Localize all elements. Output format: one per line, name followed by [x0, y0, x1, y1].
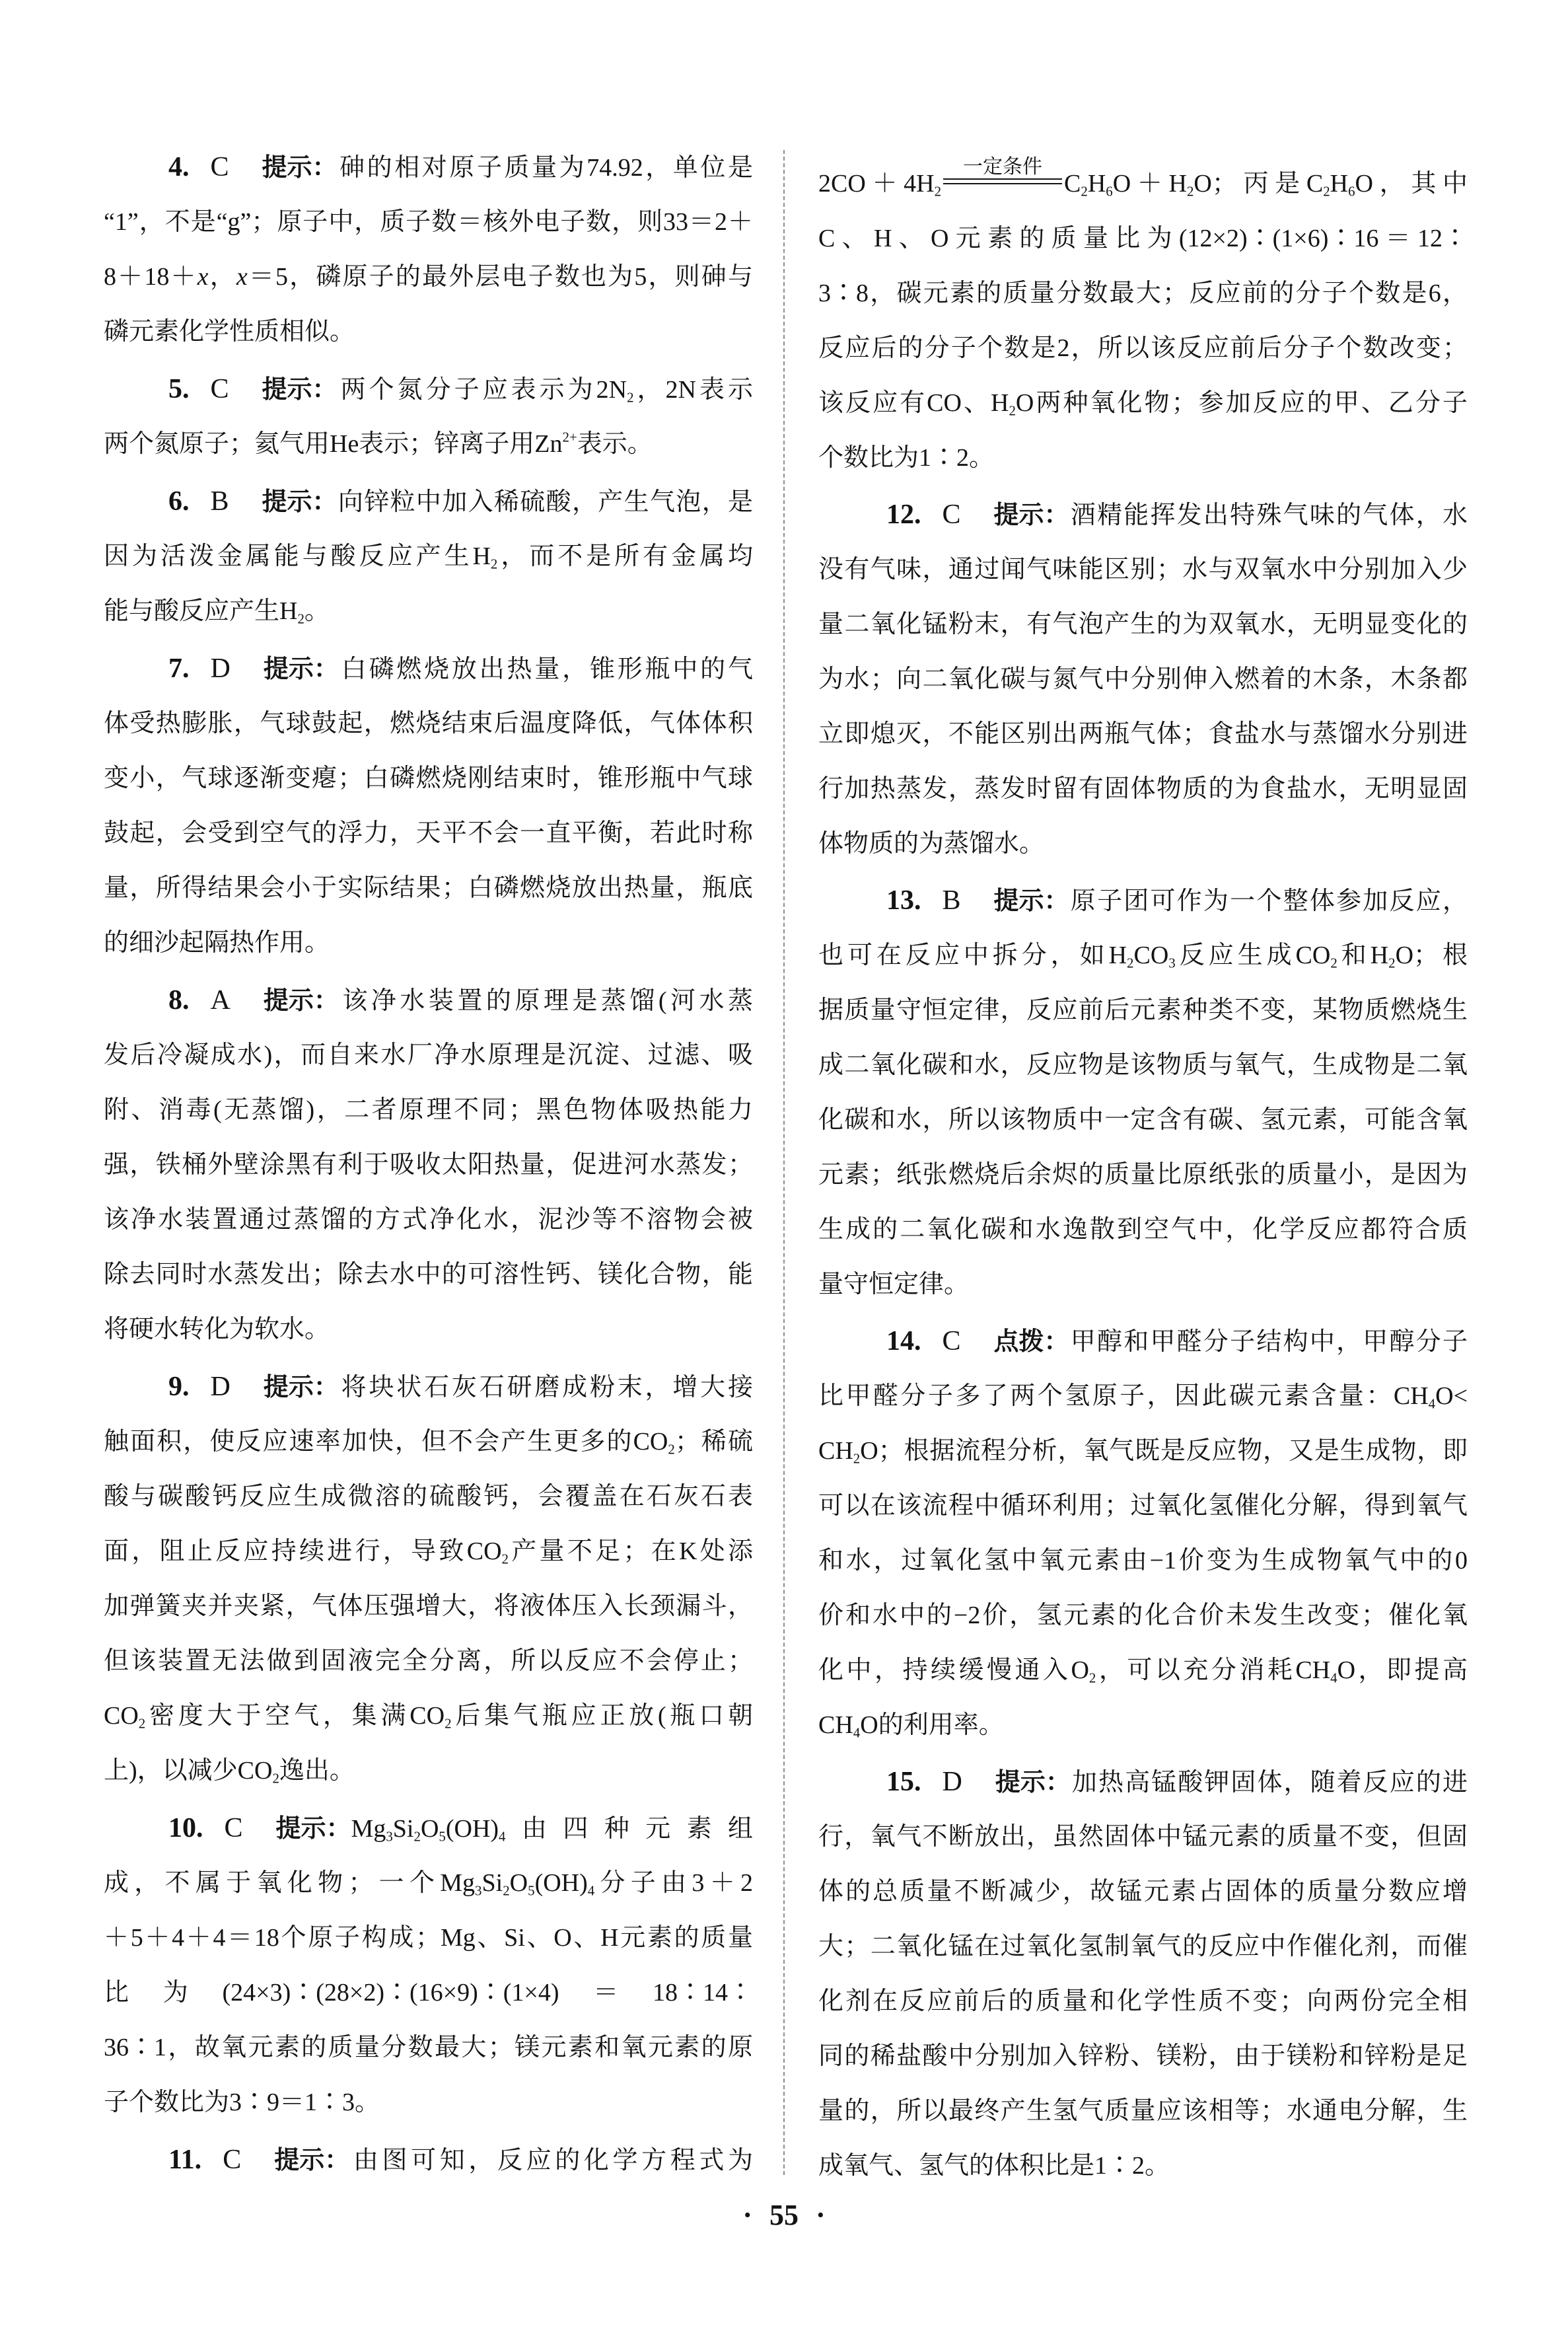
text-line: 除去同时水蒸发出；除去水中的可溶性钙、镁化合物，能	[104, 1247, 753, 1302]
text-line: 变小，气球逐渐变瘪；白磷燃烧刚结束时，锥形瓶中气球	[104, 751, 753, 806]
text-line: 发后冷凝成水)，而自来水厂净水原理是沉淀、过滤、吸	[104, 1028, 753, 1083]
answer-letter: C	[223, 2133, 241, 2188]
hint-label: 提示：	[994, 874, 1069, 929]
subscript: 4	[1429, 1396, 1435, 1412]
text-line: 立即熄灭，不能区别出两瓶气体；食盐水与蒸馏水分别进	[818, 707, 1468, 762]
text-line: 大；二氧化锰在过氧化氢制氧气的反应中作催化剂，而催	[818, 1919, 1468, 1974]
text-line: 子个数比为3∶9＝1∶3。	[104, 2075, 753, 2130]
text-line: 化剂在反应前后的质量和化学性质不变；向两份完全相	[818, 1974, 1468, 2029]
item-number: 8.	[168, 973, 190, 1028]
subscript: 4	[588, 1883, 594, 1899]
text-line: CH2O；根据流程分析，氧气既是反应物，又是生成物，即	[818, 1424, 1468, 1479]
subscript: 2	[297, 611, 304, 627]
item-number: 9.	[168, 1360, 190, 1415]
subscript: 2	[272, 1771, 279, 1787]
text-line: 能与酸反应产生H2。	[104, 584, 753, 639]
text-line: 但该装置无法做到固液完全分离，所以反应不会停止；	[104, 1634, 753, 1689]
subscript: 2	[1009, 403, 1015, 419]
subscript: 6	[1348, 184, 1355, 200]
text-line: 可以在该流程中循环利用；过氧化氢催化分解，得到氧气	[818, 1479, 1468, 1533]
subscript: 3	[1168, 955, 1175, 971]
text-line: 量守恒定律。	[818, 1257, 1468, 1312]
text-line: 量的，所以最终产生氢气质量应该相等；水通电分解，生	[818, 2084, 1468, 2139]
text-line: 两个氮原子；氦气用He表示；锌离子用Zn2+表示。	[104, 417, 753, 472]
item-number: 4.	[168, 140, 190, 195]
answer-item-6: 6.B提示：向锌粒中加入稀硫酸，产生气泡，是因为活泼金属能与酸反应产生H2，而不…	[104, 474, 753, 639]
item-number: 12.	[886, 488, 921, 542]
text-line: 3∶8，碳元素的质量分数最大；反应前的分子个数是6，	[818, 266, 1468, 321]
answer-item-11: 11.C提示：由图可知，反应的化学方程式为	[104, 2133, 753, 2188]
text-line: 为水；向二氧化碳与氮气中分别伸入燃着的木条，木条都	[818, 652, 1468, 707]
text-line: CH4O的利用率。	[818, 1698, 1468, 1753]
item-number: 10.	[168, 1801, 203, 1856]
subscript: 2	[1081, 184, 1087, 200]
item-number: 7.	[168, 642, 190, 696]
text-line: 的细沙起隔热作用。	[104, 916, 753, 971]
text-line: 8.A提示：该净水装置的原理是蒸馏(河水蒸	[104, 973, 753, 1028]
text-line: 据质量守恒定律，反应前后元素种类不变，某物质燃烧生	[818, 983, 1468, 1038]
answer-item-7: 7.D提示：白磷燃烧放出热量，锥形瓶中的气体受热膨胀，气球鼓起，燃烧结束后温度降…	[104, 642, 753, 971]
subscript: 2	[502, 1551, 509, 1567]
text-line: CO2密度大于空气，集满CO2后集气瓶应正放(瓶口朝	[104, 1689, 753, 1744]
answer-letter: C	[211, 140, 229, 195]
item-number: 15.	[886, 1755, 921, 1810]
answer-letter: D	[211, 642, 231, 696]
hint-label: 点拨：	[994, 1315, 1069, 1370]
text-line: 6.B提示：向锌粒中加入稀硫酸，产生气泡，是	[104, 474, 753, 529]
text-line: 9.D提示：将块状石灰石研磨成粉末，增大接	[104, 1360, 753, 1415]
subscript: 2	[1323, 184, 1330, 200]
text-line: 比甲醛分子多了两个氢原子，因此碳元素含量：CH4O<	[818, 1369, 1468, 1424]
text-line: 鼓起，会受到空气的浮力，天平不会一直平衡，若此时称	[104, 806, 753, 861]
hint-label: 提示：	[264, 974, 339, 1029]
hint-label: 提示：	[264, 1360, 339, 1415]
left-column: 4.C提示：砷的相对原子质量为74.92，单位是“1”，不是“g”；原子中，质子…	[104, 140, 753, 2188]
text-line: 化碳和水，所以该物质中一定含有碳、氢元素，可能含氧	[818, 1093, 1468, 1148]
text-line: 个数比为1∶2。	[818, 431, 1468, 486]
subscript: 2	[668, 1442, 674, 1458]
answer-item-10: 10.C提示：Mg3Si2O5(OH)4由四种元素组成，不属于氧化物；一个Mg3…	[104, 1801, 753, 2130]
text-line: 上)，以减少CO2逸出。	[104, 1744, 753, 1798]
subscript: 2	[413, 1829, 420, 1845]
text-line: 没有气味，通过闻气味能区别；水与双氧水中分别加入少	[818, 542, 1468, 597]
answer-item-11-continued: 2CO＋4H2一定条件C2H6O＋H2O；丙是C2H6O，其中C、H、O元素的质…	[818, 157, 1468, 486]
page-footer: · 55 ·	[0, 2195, 1568, 2234]
text-line: 成氧气、氢气的体积比是1∶2。	[818, 2139, 1468, 2194]
answer-item-12: 12.C提示：酒精能挥发出特殊气味的气体，水没有气味，通过闻气味能区别；水与双氧…	[818, 488, 1468, 871]
reaction-equals-sign: 一定条件	[943, 178, 1062, 184]
text-line: 量，所得结果会小于实际结果；白磷燃烧放出热量，瓶底	[104, 861, 753, 916]
right-column: 2CO＋4H2一定条件C2H6O＋H2O；丙是C2H6O，其中C、H、O元素的质…	[818, 157, 1468, 2194]
text-line: 11.C提示：由图可知，反应的化学方程式为	[104, 2133, 753, 2188]
subscript: 2	[1187, 184, 1194, 200]
subscript: 3	[475, 1883, 481, 1899]
text-line: 比为(24×3)∶(28×2)∶(16×9)∶(1×4)＝18∶14∶	[104, 1966, 753, 2020]
text-line: 也可在反应中拆分，如H2CO3反应生成CO2和H2O；根	[818, 928, 1468, 983]
text-line: 行加热蒸发，蒸发时留有固体物质的为食盐水，无明显固	[818, 762, 1468, 817]
text-line: 14.C点拨：甲醇和甲醛分子结构中，甲醇分子	[818, 1314, 1468, 1369]
subscript: 2	[935, 184, 941, 200]
hint-label: 提示：	[994, 488, 1069, 543]
text-line: 强，铁桶外壁涂黑有利于吸收太阳热量，促进河水蒸发；	[104, 1138, 753, 1193]
text-line: 该净水装置通过蒸馏的方式净化水，泥沙等不溶物会被	[104, 1193, 753, 1247]
answer-letter: B	[943, 873, 961, 928]
text-line: C、H、O元素的质量比为(12×2)∶(1×6)∶16＝12∶	[818, 211, 1468, 266]
text-line: ＋5＋4＋4＝18个原子构成；Mg、Si、O、H元素的质量	[104, 1911, 753, 1966]
subscript: 2	[1089, 1670, 1096, 1686]
text-line: 生成的二氧化碳和水逸散到空气中，化学反应都符合质	[818, 1202, 1468, 1257]
text-line: 加弹簧夹并夹紧，气体压强增大，将液体压入长颈漏斗，	[104, 1579, 753, 1634]
text-line: 面，阻止反应持续进行，导致CO2产量不足；在K处添	[104, 1524, 753, 1579]
column-divider	[783, 150, 785, 2175]
text-line: 体物质的为蒸馏水。	[818, 817, 1468, 871]
text-line: “1”，不是“g”；原子中，质子数＝核外电子数，则33＝2＋	[104, 195, 753, 250]
subscript: 2	[627, 390, 633, 406]
text-line: 13.B提示：原子团可作为一个整体参加反应，	[818, 873, 1468, 928]
subscript: 2	[445, 1716, 451, 1732]
text-line: 因为活泼金属能与酸反应产生H2，而不是所有金属均	[104, 529, 753, 584]
answer-item-5: 5.C提示：两个氮分子应表示为2N2，2N表示两个氮原子；氦气用He表示；锌离子…	[104, 362, 753, 472]
text-line: 同的稀盐酸中分别加入锌粉、镁粉，由于镁粉和锌粉是足	[818, 2029, 1468, 2084]
answer-item-8: 8.A提示：该净水装置的原理是蒸馏(河水蒸发后冷凝成水)，而自来水厂净水原理是沉…	[104, 973, 753, 1357]
text-line: 量二氧化锰粉末，有气泡产生的为双氧水，无明显变化的	[818, 597, 1468, 652]
item-number: 14.	[886, 1314, 921, 1369]
text-line: 成二氧化碳和水，反应物是该物质与氧气，生成物是二氧	[818, 1038, 1468, 1093]
item-number: 13.	[886, 873, 921, 928]
item-number: 5.	[168, 362, 190, 417]
subscript: 4	[1330, 1670, 1337, 1686]
item-number: 11.	[168, 2133, 201, 2188]
subscript: 2	[139, 1716, 145, 1732]
text-line: 7.D提示：白磷燃烧放出热量，锥形瓶中的气	[104, 642, 753, 696]
math-variable: x	[236, 263, 248, 291]
text-line: 酸与碳酸钙反应生成微溶的硫酸钙，会覆盖在石灰石表	[104, 1469, 753, 1524]
page-number: 55	[769, 2198, 799, 2232]
text-line: 价和水中的−2价，氢元素的化合价未发生改变；催化氧	[818, 1588, 1468, 1643]
text-line: 体受热膨胀，气球鼓起，燃烧结束后温度降低，气体体积	[104, 696, 753, 751]
answer-item-15: 15.D提示：加热高锰酸钾固体，随着反应的进行，氧气不断放出，虽然固体中锰元素的…	[818, 1755, 1468, 2194]
subscript: 3	[386, 1829, 392, 1845]
text-line: 和水，过氧化氢中氧元素由−1价变为生成物氧气中的0	[818, 1533, 1468, 1588]
text-line: 元素；纸张燃烧后余烬的质量比原纸张的质量小，是因为	[818, 1148, 1468, 1202]
subscript: 4	[853, 1725, 860, 1741]
text-line: 成，不属于氧化物；一个Mg3Si2O5(OH)4分子由3＋2	[104, 1856, 753, 1911]
reaction-condition: 一定条件	[963, 157, 1042, 177]
subscript: 5	[439, 1829, 445, 1845]
subscript: 2	[491, 556, 497, 572]
hint-label: 提示：	[262, 475, 338, 530]
text-line: 行，氧气不断放出，虽然固体中锰元素的质量不变，但固	[818, 1810, 1468, 1864]
text-line: 10.C提示：Mg3Si2O5(OH)4由四种元素组	[104, 1801, 753, 1856]
answer-letter: C	[943, 488, 961, 542]
subscript: 2	[503, 1883, 509, 1899]
answer-letter: C	[225, 1801, 243, 1856]
subscript: 2	[1127, 955, 1133, 971]
subscript: 4	[499, 1829, 505, 1845]
hint-label: 提示：	[276, 1802, 351, 1857]
text-line: 8＋18＋x，x＝5，磷原子的最外层电子数也为5，则砷与	[104, 250, 753, 305]
text-line: 36∶1，故氧元素的质量分数最大；镁元素和氧元素的原	[104, 2020, 753, 2075]
text-line: 反应后的分子个数是2，所以该反应前后分子个数改变；	[818, 321, 1468, 376]
math-variable: x	[197, 263, 209, 291]
answer-item-13: 13.B提示：原子团可作为一个整体参加反应，也可在反应中拆分，如H2CO3反应生…	[818, 873, 1468, 1312]
text-line: 5.C提示：两个氮分子应表示为2N2，2N表示	[104, 362, 753, 417]
answer-letter: D	[943, 1755, 962, 1810]
text-line: 磷元素化学性质相似。	[104, 305, 753, 359]
subscript: 2	[1330, 955, 1337, 971]
hint-label: 提示：	[262, 141, 338, 196]
subscript: 2	[853, 1451, 860, 1467]
text-line: 触面积，使反应速率加快，但不会产生更多的CO2；稀硫	[104, 1415, 753, 1469]
answer-letter: A	[211, 973, 231, 1028]
text-line: 12.C提示：酒精能挥发出特殊气味的气体，水	[818, 488, 1468, 542]
answer-item-4: 4.C提示：砷的相对原子质量为74.92，单位是“1”，不是“g”；原子中，质子…	[104, 140, 753, 359]
subscript: 5	[528, 1883, 534, 1899]
text-line: 2CO＋4H2一定条件C2H6O＋H2O；丙是C2H6O，其中	[818, 157, 1468, 211]
hint-label: 提示：	[262, 363, 338, 418]
hint-label: 提示：	[274, 2133, 349, 2188]
subscript: 2	[1388, 955, 1395, 971]
text-line: 化中，持续缓慢通入O2，可以充分消耗CH4O，即提高	[818, 1643, 1468, 1698]
subscript: 6	[1106, 184, 1112, 200]
text-line: 体的总质量不断减少，故锰元素占固体的质量分数应增	[818, 1864, 1468, 1919]
answer-item-9: 9.D提示：将块状石灰石研磨成粉末，增大接触面积，使反应速率加快，但不会产生更多…	[104, 1360, 753, 1798]
item-number: 6.	[168, 474, 190, 529]
answer-letter: B	[211, 474, 229, 529]
answer-item-14: 14.C点拨：甲醇和甲醛分子结构中，甲醇分子比甲醛分子多了两个氢原子，因此碳元素…	[818, 1314, 1468, 1753]
hint-label: 提示：	[264, 642, 339, 697]
hint-label: 提示：	[995, 1755, 1071, 1810]
answer-letter: C	[211, 362, 229, 417]
page-number-dot-left: ·	[742, 2198, 752, 2232]
superscript: 2+	[563, 429, 577, 445]
text-line: 15.D提示：加热高锰酸钾固体，随着反应的进	[818, 1755, 1468, 1810]
answer-letter: C	[943, 1314, 961, 1369]
text-line: 该反应有CO、H2O两种氧化物；参加反应的甲、乙分子	[818, 376, 1468, 431]
text-line: 4.C提示：砷的相对原子质量为74.92，单位是	[104, 140, 753, 195]
answer-letter: D	[211, 1360, 231, 1415]
text-line: 附、消毒(无蒸馏)，二者原理不同；黑色物体吸热能力	[104, 1083, 753, 1138]
text-line: 将硬水转化为软水。	[104, 1302, 753, 1357]
page-number-dot-right: ·	[816, 2198, 826, 2232]
